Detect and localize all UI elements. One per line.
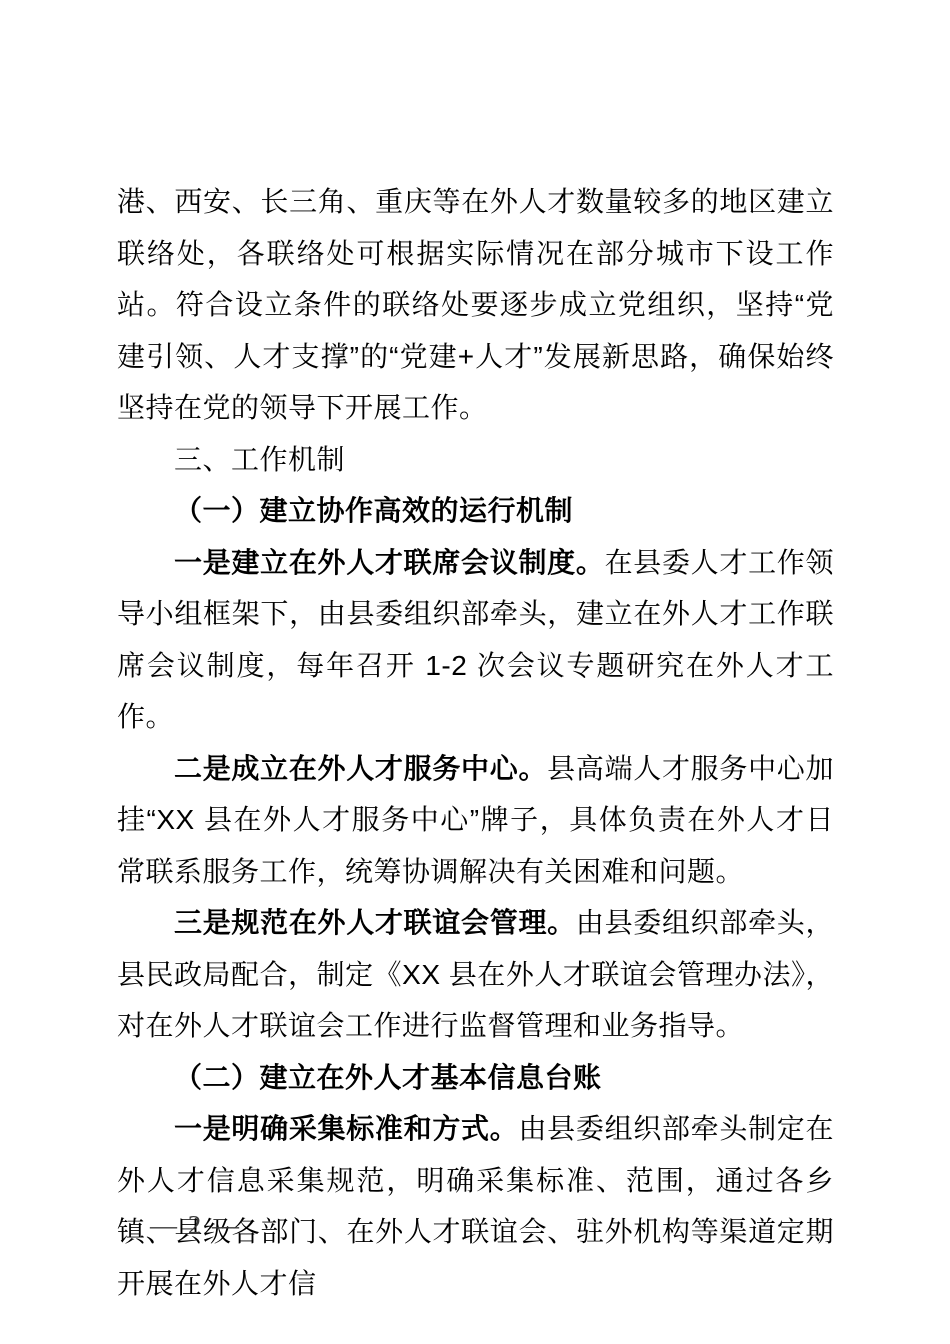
paragraph-text: 三、工作机制 [174,444,345,475]
document-body: 港、西安、长三角、重庆等在外人才数量较多的地区建立联络处，各联络处可根据实际情况… [117,176,834,1309]
subsection-heading: （一）建立协作高效的运行机制 [117,485,834,537]
paragraph-text: 港、西安、长三角、重庆等在外人才数量较多的地区建立联络处，各联络处可根据实际情况… [117,186,834,423]
body-paragraph: 一是建立在外人才联席会议制度。在县委人才工作领导小组框架下，由县委组织部牵头，建… [117,537,834,743]
paragraph-lead-text: 一是建立在外人才联席会议制度。 [174,547,605,578]
body-paragraph: 三是规范在外人才联谊会管理。由县委组织部牵头，县民政局配合，制定《XX 县在外人… [117,897,834,1052]
paragraph-lead-text: 一是明确采集标准和方式。 [174,1113,518,1144]
section-heading: 三、工作机制 [117,434,834,486]
subsection-heading: （二）建立在外人才基本信息台账 [117,1052,834,1104]
body-paragraph: 一是明确采集标准和方式。由县委组织部牵头制定在外人才信息采集规范，明确采集标准、… [117,1103,834,1309]
paragraph-lead-text: （二）建立在外人才基本信息台账 [174,1062,602,1093]
page-footer: — 2 — [150,1210,241,1241]
paragraph-lead-text: （一）建立协作高效的运行机制 [174,495,573,526]
page-number: — 2 — [150,1210,241,1240]
paragraph-lead-text: 二是成立在外人才服务中心。 [174,753,547,784]
body-paragraph: 二是成立在外人才服务中心。县高端人才服务中心加挂“XX 县在外人才服务中心”牌子… [117,743,834,898]
document-page: 港、西安、长三角、重庆等在外人才数量较多的地区建立联络处，各联络处可根据实际情况… [0,0,950,1344]
paragraph-lead-text: 三是规范在外人才联谊会管理。 [174,907,576,938]
body-paragraph: 港、西安、长三角、重庆等在外人才数量较多的地区建立联络处，各联络处可根据实际情况… [117,176,834,434]
